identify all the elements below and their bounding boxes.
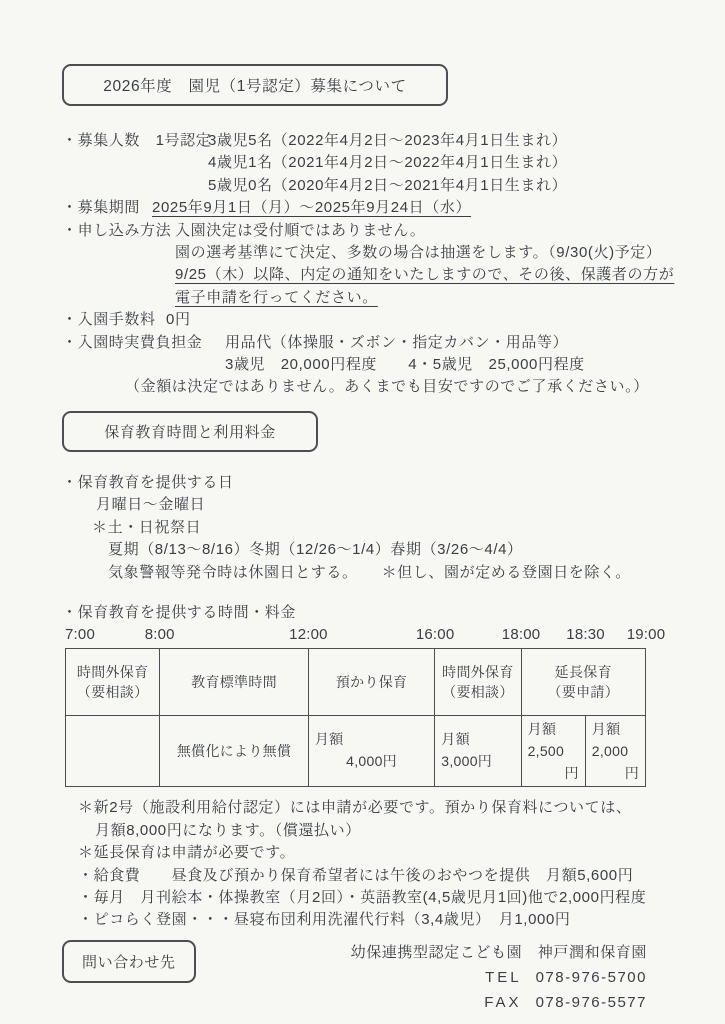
time-tick-1600: 16:00 bbox=[416, 626, 455, 643]
provided-days-holidays: ＊土・日祝祭日 bbox=[62, 517, 695, 539]
recruit-period-line: ・募集期間2025年9月1日（月）～2025年9月24日（水） bbox=[62, 197, 695, 219]
timetable: 7:00 8:00 12:00 16:00 18:00 18:30 19:00 … bbox=[65, 626, 646, 787]
time-tick-0700: 7:00 bbox=[65, 626, 95, 643]
header-extra-care-pm: 時間外保育 （要相談） bbox=[435, 649, 521, 716]
recruit-numbers-line1: ・募集人数 1号認定3歳児5名（2022年4月2日～2023年4月1日生まれ） bbox=[62, 130, 695, 152]
actual-cost-line2: 3歳児 20,000円程度 4・5歳児 25,000円程度 bbox=[62, 354, 695, 376]
header-azukari-care: 預かり保育 bbox=[308, 649, 434, 716]
schedule-heading: ・保育教育を提供する時間・料金 bbox=[62, 602, 695, 624]
application-line4: 電子申請を行ってください。 bbox=[62, 287, 695, 309]
provided-days-breaks: 夏期（8/13～8/16）冬期（12/26～1/4）春期（3/26～4/4） bbox=[62, 539, 695, 561]
cell-extra-care-fee: 月額 3,000円 bbox=[435, 716, 521, 787]
cell-extended-fee-1830: 月額 2,500 円 bbox=[521, 716, 585, 787]
provided-days-section: ・保育教育を提供する日 月曜日～金曜日 ＊土・日祝祭日 夏期（8/13～8/16… bbox=[62, 472, 695, 584]
note-shin2go-line1: ＊新2号（施設利用給付認定）には申請が必要です。預かり保育料については、 bbox=[62, 797, 695, 819]
fax-line: FAX078-976-5577 bbox=[351, 990, 647, 1015]
header-extended-care: 延長保育 （要申請） bbox=[521, 649, 645, 716]
actual-cost-items: 用品代（体操服・ズボン・指定カバン・用品等） bbox=[225, 334, 568, 351]
cell-azukari-fee: 月額 4,000円 bbox=[308, 716, 434, 787]
fee-table-header-row: 時間外保育 （要相談） 教育標準時間 預かり保育 時間外保育 （要相談） 延長保… bbox=[66, 649, 646, 716]
recruit-numbers-age4: 4歳児1名（2021年4月2日～2022年4月1日生まれ） bbox=[62, 152, 695, 174]
application-line4-text: 電子申請を行ってください。 bbox=[175, 289, 378, 306]
provided-days-heading: ・保育教育を提供する日 bbox=[62, 472, 695, 494]
tel-number: 078-976-5700 bbox=[536, 969, 647, 986]
application-label: ・申し込み方法 bbox=[62, 220, 175, 242]
fee-table-body-row: 無償化により無償 月額 4,000円 月額 3,000円 月額 2,500 円 … bbox=[66, 716, 646, 787]
recruitment-section: ・募集人数 1号認定3歳児5名（2022年4月2日～2023年4月1日生まれ） … bbox=[62, 130, 695, 399]
note-monthly-fee: ・毎月 月刊絵本・体操教室（月2回）・英語教室(4,5歳児月1回)他で2,000… bbox=[62, 887, 695, 909]
actual-cost-label: ・入園時実費負担金 bbox=[62, 332, 225, 354]
cell-extended-fee-1900: 月額 2,000 円 bbox=[585, 716, 645, 787]
application-line2: 園の選考基準にて決定、多数の場合は抽選をします。（9/30(火)予定） bbox=[62, 242, 695, 264]
provided-days-weekdays: 月曜日～金曜日 bbox=[62, 494, 695, 516]
title-section: 2026年度 園児（1号認定）募集について bbox=[62, 64, 695, 106]
cell-extra-care-am bbox=[66, 716, 160, 787]
hours-box-title: 保育教育時間と利用料金 bbox=[104, 424, 276, 441]
note-meal-fee: ・給食費 昼食及び預かり保育希望者には午後のおやつを提供 月額5,600円 bbox=[62, 865, 695, 887]
application-text1: 入園決定は受付順ではありません。 bbox=[175, 222, 426, 239]
application-line3: 9/25（木）以降、内定の通知をいたしますので、その後、保護者の方が bbox=[62, 264, 695, 286]
hours-section-header: 保育教育時間と利用料金 bbox=[62, 411, 695, 452]
weather-warning-text: 気象警報等発令時は休園日とする。 bbox=[108, 564, 358, 581]
notes-section: ＊新2号（施設利用給付認定）には申請が必要です。預かり保育料については、 月額8… bbox=[62, 797, 695, 931]
header-extra-care-am: 時間外保育 （要相談） bbox=[66, 649, 160, 716]
entrance-fee-label: ・入園手数料 bbox=[62, 309, 166, 331]
fax-number: 078-976-5577 bbox=[536, 994, 647, 1011]
application-line1: ・申し込み方法入園決定は受付順ではありません。 bbox=[62, 220, 695, 242]
tel-line: TEL078-976-5700 bbox=[351, 965, 647, 990]
entrance-fee-value: 0円 bbox=[166, 311, 191, 328]
time-tick-1800: 18:00 bbox=[502, 626, 541, 643]
except-days-text: ＊但し、園が定める登園日を除く。 bbox=[382, 564, 631, 581]
contact-section: 問い合わせ先 幼保連携型認定こども園 神戸潤和保育園 TEL078-976-57… bbox=[62, 940, 695, 1015]
document-page: 2026年度 園児（1号認定）募集について ・募集人数 1号認定3歳児5名（20… bbox=[0, 0, 725, 1024]
time-tick-1200: 12:00 bbox=[289, 626, 328, 643]
note-extended-application: ＊延長保育は申請が必要です。 bbox=[62, 842, 695, 864]
garden-name: 幼保連携型認定こども園 神戸潤和保育園 bbox=[351, 940, 647, 965]
recruit-period-label: ・募集期間 bbox=[62, 197, 152, 219]
time-tick-1830: 18:30 bbox=[566, 626, 605, 643]
page-title: 2026年度 園児（1号認定）募集について bbox=[103, 78, 406, 95]
recruit-numbers-age5: 5歳児0名（2020年4月2日～2021年4月1日生まれ） bbox=[62, 175, 695, 197]
title-box: 2026年度 園児（1号認定）募集について bbox=[62, 64, 448, 106]
fee-table: 時間外保育 （要相談） 教育標準時間 預かり保育 時間外保育 （要相談） 延長保… bbox=[65, 648, 646, 787]
recruit-numbers-label: ・募集人数 1号認定 bbox=[62, 130, 208, 152]
recruit-period-value: 2025年9月1日（月）～2025年9月24日（水） bbox=[152, 199, 471, 216]
actual-cost-line1: ・入園時実費負担金用品代（体操服・ズボン・指定カバン・用品等） bbox=[62, 332, 695, 354]
fax-label: FAX bbox=[484, 994, 521, 1011]
header-standard-hours: 教育標準時間 bbox=[160, 649, 309, 716]
time-tick-1900: 19:00 bbox=[627, 626, 666, 643]
cell-standard-hours: 無償化により無償 bbox=[160, 716, 309, 787]
entrance-fee-line: ・入園手数料0円 bbox=[62, 309, 695, 331]
actual-cost-note: （金額は決定ではありません。あくまでも目安ですのでご了承ください。） bbox=[62, 376, 695, 398]
provided-days-warning-line: 気象警報等発令時は休園日とする。＊但し、園が定める登園日を除く。 bbox=[62, 562, 695, 584]
time-tick-0800: 8:00 bbox=[145, 626, 175, 643]
timeline-axis: 7:00 8:00 12:00 16:00 18:00 18:30 19:00 bbox=[65, 626, 646, 646]
hours-box: 保育教育時間と利用料金 bbox=[62, 411, 318, 452]
recruit-numbers-age3: 3歳児5名（2022年4月2日～2023年4月1日生まれ） bbox=[208, 132, 567, 149]
note-picoraku: ・ピコらく登園・・・昼寝布団利用洗濯代行料（3,4歳児） 月1,000円 bbox=[62, 909, 695, 931]
contact-box-label: 問い合わせ先 bbox=[82, 954, 176, 971]
tel-label: TEL bbox=[485, 969, 522, 986]
contact-info: 幼保連携型認定こども園 神戸潤和保育園 TEL078-976-5700 FAX0… bbox=[351, 940, 647, 1015]
note-shin2go-line2: 月額8,000円になります。（償還払い） bbox=[62, 820, 695, 842]
contact-box: 問い合わせ先 bbox=[62, 940, 196, 983]
